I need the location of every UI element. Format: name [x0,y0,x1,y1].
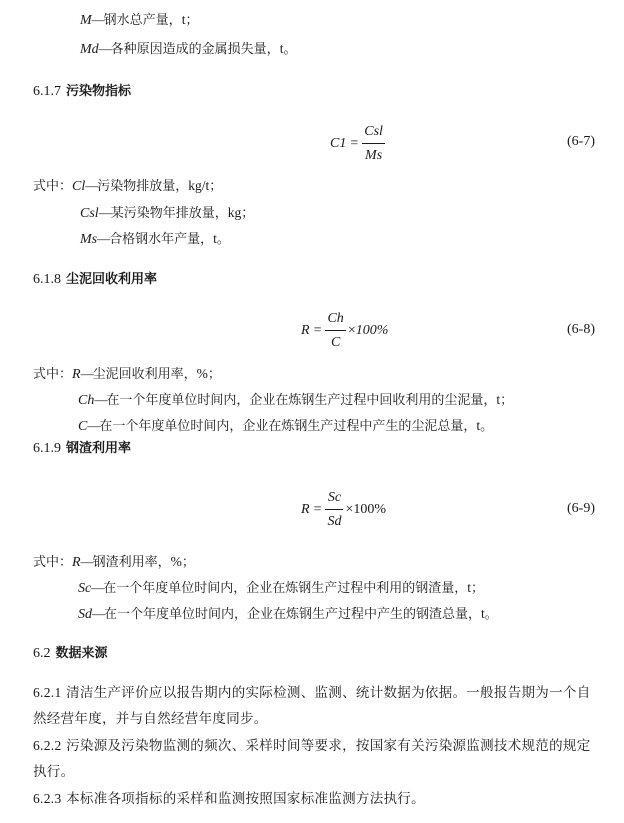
definition-end: 。 [217,232,230,247]
fraction: Ch C [325,310,345,352]
equation-number: (6-7) [567,133,595,151]
definition-end: ； [500,393,513,408]
definition-symbol: M [80,13,92,28]
denominator: Sd [325,510,343,531]
definition-symbol: Sc [78,581,91,596]
clause-text: 本标准各项指标的采样和监测按照国家标准监测方法执行。 [66,791,425,807]
definition-line: 式中：R—尘泥回收利用率，%； [33,365,221,384]
definition-line: 式中：Cl—污染物排放量，kg/t； [33,177,222,196]
section-number: 6.1.8 [33,272,61,287]
paragraph-line: 然经营年度，并与自然经营年度同步。 [33,706,599,732]
clause-text: 清洁生产评价应以报告期内的实际检测、监测、统计数据为依据。一般报告期为一个自 [66,685,590,701]
definition-end: ； [182,555,195,570]
definition-end: ； [471,581,484,596]
section-title: 污染物指标 [66,84,131,99]
clause-number: 6.2.2 [33,738,62,753]
definition-unit: % [171,554,182,569]
definition-text: 各种原因造成的金属损失量， [111,42,280,57]
clause-number: 6.2.3 [33,791,62,806]
definition-symbol: Sd [78,607,92,622]
equation-lhs: C1 [330,136,346,152]
section-heading-6-1-9: 6.1.9钢渣利用率 [33,440,131,458]
definition-symbol: Ch [78,393,94,408]
fraction: Sc Sd [325,489,343,531]
definition-dash: — [99,205,111,220]
percent-factor: 100% [353,502,386,518]
denominator: Ms [363,144,384,165]
paragraph-line: 6.2.2 污染源及污染物监测的频次、采样时间等要求，按国家有关污染源监测技术规… [33,733,599,759]
where-label: 式中： [33,367,72,382]
where-label: 式中： [33,555,72,570]
definition-dash: — [81,554,93,569]
definition-line: C—在一个年度单位时间内，企业在炼钢生产过程中产生的尘泥总量，t。 [78,417,493,436]
equals-sign: = [314,323,322,339]
definition-symbol: C [78,419,87,434]
equation-6-8: R = Ch C × 100% [301,310,388,352]
definition-end: ； [208,367,221,382]
definition-symbol: Md [80,42,99,57]
definition-end: 。 [485,607,498,622]
definition-dash: — [87,418,99,433]
definition-symbol: Cl [72,179,85,194]
definition-dash: — [85,178,97,193]
where-label: 式中： [33,179,72,194]
definition-text: 在一个年度单位时间内，企业在炼钢生产过程中产生的尘泥总量， [99,419,476,434]
definition-end: 。 [480,419,493,434]
equation-number: (6-9) [567,500,595,518]
paragraph-6-2-1: 6.2.1 清洁生产评价应以报告期内的实际检测、监测、统计数据为依据。一般报告期… [33,680,599,732]
definition-dash: — [92,12,104,27]
numerator: Csl [362,123,385,143]
section-title: 钢渣利用率 [66,441,131,456]
numerator: Ch [325,310,345,330]
times-sign: × [348,323,356,339]
definition-end: ； [209,179,222,194]
definition-symbol: Ms [80,232,97,247]
definition-symbol: Csl [80,206,99,221]
clause-text: 污染源及污染物监测的频次、采样时间等要求，按国家有关污染源监测技术规范的规定 [66,738,590,754]
definition-text: 污染物排放量， [97,179,188,194]
definition-dash: — [99,41,111,56]
clause-number: 6.2.1 [33,685,62,700]
paragraph-6-2-3: 6.2.3 本标准各项指标的采样和监测按照国家标准监测方法执行。 [33,786,599,812]
definition-unit: kg/t [188,178,209,193]
definition-dash: — [81,366,93,381]
definition-text: 某污染物年排放量， [111,206,228,221]
numerator: Sc [326,489,343,509]
percent-factor: 100% [356,323,389,339]
definition-unit: kg [228,205,242,220]
equation-lhs: R [301,323,310,339]
definition-line: 式中：R—钢渣利用率，%； [33,553,195,572]
section-heading-6-2: 6.2数据来源 [33,645,108,663]
definition-end: ； [185,13,198,28]
equation-number: (6-8) [567,321,595,339]
definition-text: 在一个年度单位时间内，企业在炼钢生产过程中回收利用的尘泥量， [106,393,496,408]
paragraph-line: 6.2.1 清洁生产评价应以报告期内的实际检测、监测、统计数据为依据。一般报告期… [33,680,599,706]
definition-text: 在一个年度单位时间内，企业在炼钢生产过程中利用的钢渣量， [103,581,467,596]
equals-sign: = [314,502,322,518]
definition-end: 。 [283,42,296,57]
definition-line: Sc—在一个年度单位时间内，企业在炼钢生产过程中利用的钢渣量，t； [78,579,484,598]
section-heading-6-1-8: 6.1.8尘泥回收利用率 [33,271,157,289]
definition-unit: % [197,366,208,381]
times-sign: × [345,502,353,518]
section-number: 6.2 [33,646,51,661]
definition-text: 在一个年度单位时间内，企业在炼钢生产过程中产生的钢渣总量， [104,607,481,622]
fraction: Csl Ms [362,123,385,165]
paragraph-6-2-2: 6.2.2 污染源及污染物监测的频次、采样时间等要求，按国家有关污染源监测技术规… [33,733,599,785]
section-title: 数据来源 [56,646,108,661]
definition-dash: — [97,231,109,246]
section-number: 6.1.7 [33,84,61,99]
definition-line: Sd—在一个年度单位时间内，企业在炼钢生产过程中产生的钢渣总量，t。 [78,605,498,624]
section-number: 6.1.9 [33,441,61,456]
definition-md: Md—各种原因造成的金属损失量，t。 [80,40,296,59]
paragraph-line: 6.2.3 本标准各项指标的采样和监测按照国家标准监测方法执行。 [33,786,599,812]
equation-6-9: R = Sc Sd × 100% [301,489,386,531]
definition-line: Ms—合格钢水年产量，t。 [80,230,230,249]
denominator: C [329,331,342,352]
section-title: 尘泥回收利用率 [66,272,157,287]
definition-text: 合格钢水年产量， [109,232,213,247]
definition-end: ； [241,206,254,221]
equation-lhs: R [301,502,310,518]
definition-dash: — [94,392,106,407]
definition-dash: — [91,580,103,595]
definition-line: Ch—在一个年度单位时间内，企业在炼钢生产过程中回收利用的尘泥量，t； [78,391,513,410]
definition-line: Csl—某污染物年排放量，kg； [80,204,254,223]
equation-6-7: C1 = Csl Ms [330,123,385,165]
definition-symbol: R [72,555,81,570]
definition-text: 钢水总产量， [104,13,182,28]
definition-text: 钢渣利用率， [93,555,171,570]
definition-dash: — [92,606,104,621]
definition-text: 尘泥回收利用率， [93,367,197,382]
equals-sign: = [350,136,358,152]
definition-m: M—钢水总产量，t； [80,11,198,30]
section-heading-6-1-7: 6.1.7污染物指标 [33,83,131,101]
paragraph-line: 执行。 [33,759,599,785]
definition-symbol: R [72,367,81,382]
